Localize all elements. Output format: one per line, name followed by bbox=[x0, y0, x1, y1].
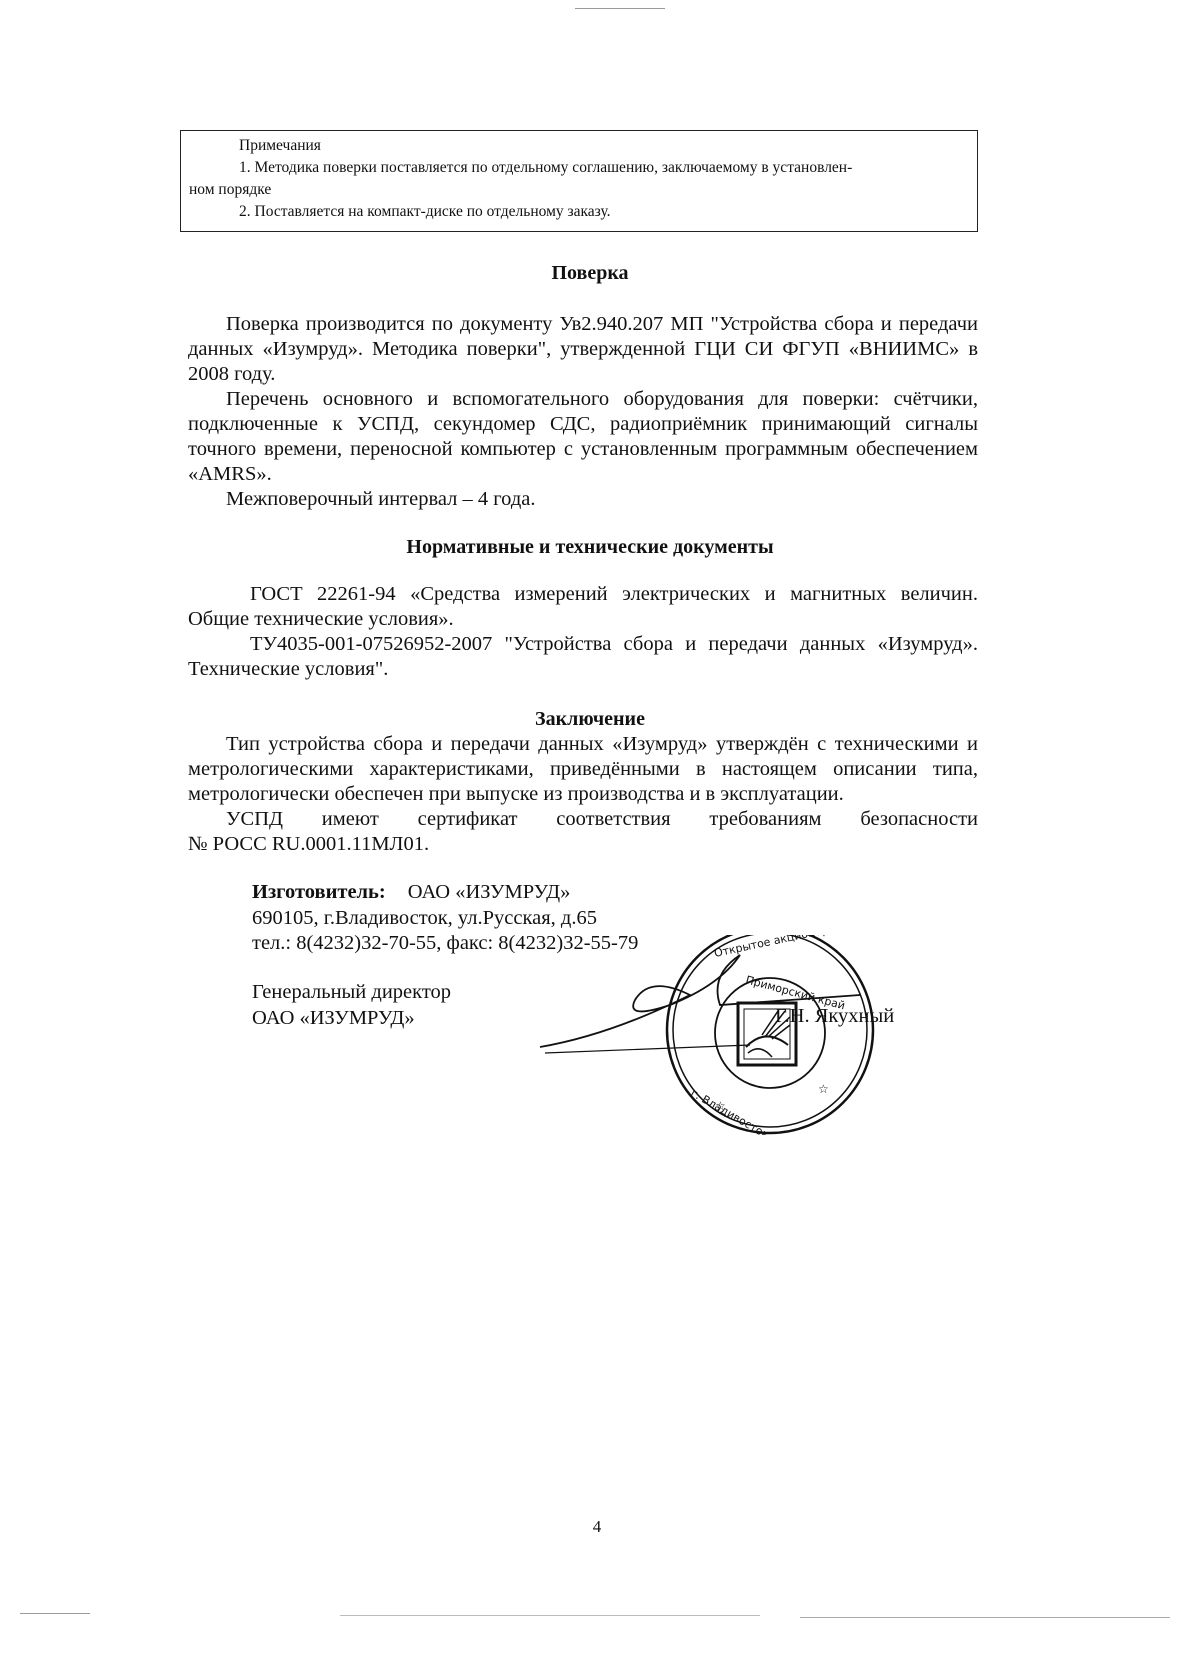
paragraph: ТУ4035-001-07526952-2007 "Устройства сбо… bbox=[188, 632, 978, 682]
certificate-number: № РОСС RU.0001.11МЛ01. bbox=[188, 832, 978, 857]
section-heading-verification: Поверка bbox=[180, 262, 1000, 285]
paragraph: Поверка производится по документу Ув2.94… bbox=[188, 312, 978, 387]
notes-box: Примечания 1. Методика поверки поставляе… bbox=[180, 130, 978, 232]
section-heading-conclusion: Заключение bbox=[180, 708, 1000, 731]
svg-text:☆: ☆ bbox=[715, 1099, 726, 1113]
scan-edge-mark-bottom-mid bbox=[340, 1615, 760, 1616]
manufacturer-address: 690105, г.Владивосток, ул.Русская, д.65 bbox=[252, 906, 638, 932]
svg-text:☆: ☆ bbox=[818, 1082, 829, 1096]
paragraph: УСПД имеют сертификат соответствия требо… bbox=[188, 807, 978, 832]
stamp-text-outer: Открытое акционерное общество "ИЗУМРУД" bbox=[713, 935, 900, 960]
director-company: ОАО «ИЗУМРУД» bbox=[252, 1006, 451, 1032]
manufacturer-name: ОАО «ИЗУМРУД» bbox=[408, 881, 571, 903]
note-item-continuation: ном порядке bbox=[189, 179, 969, 201]
paragraph: Тип устройства сбора и передачи данных «… bbox=[188, 732, 978, 807]
normative-body: ГОСТ 22261-94 «Средства измерений электр… bbox=[188, 582, 978, 682]
stamp-text-city: г. Владивосток bbox=[689, 1086, 772, 1135]
note-item: 2. Поставляется на компакт-диске по отде… bbox=[189, 201, 969, 223]
paragraph: Межповерочный интервал – 4 года. bbox=[188, 487, 978, 512]
verification-body: Поверка производится по документу Ув2.94… bbox=[188, 312, 978, 512]
note-item: 1. Методика поверки поставляется по отде… bbox=[189, 157, 969, 179]
director-block: Генеральный директор ОАО «ИЗУМРУД» bbox=[252, 980, 451, 1031]
manufacturer-label: Изготовитель: bbox=[252, 881, 386, 903]
notes-title: Примечания bbox=[189, 135, 969, 157]
company-stamp-icon: Открытое акционерное общество "ИЗУМРУД" … bbox=[540, 935, 900, 1135]
paragraph: ГОСТ 22261-94 «Средства измерений электр… bbox=[188, 582, 978, 632]
signatory-name: Г.Н. Якухный bbox=[775, 1005, 894, 1028]
paragraph: Перечень основного и вспомогательного об… bbox=[188, 387, 978, 487]
scan-edge-mark-bottom-left bbox=[20, 1613, 90, 1614]
page-number: 4 bbox=[0, 1517, 1194, 1537]
conclusion-body: Тип устройства сбора и передачи данных «… bbox=[188, 732, 978, 857]
section-heading-normative: Нормативные и технические документы bbox=[180, 536, 1000, 559]
director-position: Генеральный директор bbox=[252, 980, 451, 1006]
scan-edge-mark-top bbox=[575, 8, 665, 9]
scan-edge-mark-bottom-right bbox=[800, 1617, 1170, 1618]
